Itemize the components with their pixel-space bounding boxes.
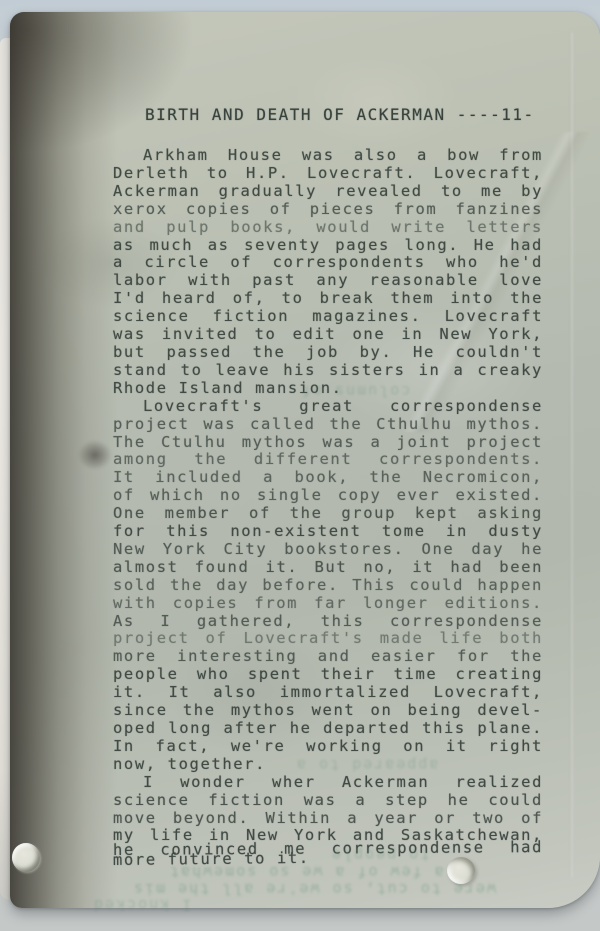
text-line: it. It also immortalized Lovecraft, — [113, 684, 543, 702]
punch-hole-right — [447, 857, 475, 884]
text-line: as much as seventy pages long. He had — [113, 237, 543, 255]
text-line: project of Lovecraft's made life both — [113, 630, 543, 648]
text-line: science fiction magazines. Lovecraft — [113, 308, 543, 326]
text-line: The Ctulhu mythos was a joint project — [113, 434, 543, 452]
text-line: and pulp books, would write letters — [113, 219, 543, 237]
text-line: stand to leave his sisters in a creaky — [113, 362, 543, 380]
text-line: more interesting and easier for the — [113, 648, 543, 666]
text-line: One member of the group kept asking — [113, 505, 543, 523]
ink-smudge-stain — [78, 440, 112, 470]
bleed-through-text: to people — [330, 846, 429, 864]
text-line: oped long after he departed this plane. — [113, 720, 543, 738]
text-line: a circle of correspondents who he'd — [113, 254, 543, 272]
text-line: almost found it. But no, it had been — [113, 559, 543, 577]
text-line: but passed the job by. He couldn't — [113, 344, 543, 362]
text-line: Lovecraft's great correspondense — [113, 398, 543, 416]
page-title: BIRTH AND DEATH OF ACKERMAN ----11- — [145, 105, 585, 124]
bleed-through-text: a few of a we so somewhat — [168, 863, 444, 881]
text-line: New York City bookstores. One day he — [113, 541, 543, 559]
bleed-through-text: columns of — [300, 382, 410, 400]
text-line: among the different correspondents. — [113, 451, 543, 469]
punch-hole-left — [12, 843, 40, 872]
text-line: Ackerman gradually revealed to me by — [113, 183, 543, 201]
bleed-through-text: appeared to a — [295, 756, 438, 774]
text-line: people who spent their time creating — [113, 666, 543, 684]
text-line: science fiction was a step he could — [113, 792, 543, 810]
text-line: for this non-existent tome in dusty — [113, 523, 543, 541]
text-line: sold the day before. This could happen — [113, 577, 543, 595]
text-line: with copies from far longer editions. — [113, 595, 543, 613]
text-line: of which no single copy ever existed. — [113, 487, 543, 505]
text-line: project was called the Cthulhu mythos. — [113, 416, 543, 434]
text-line: It included a book, the Necromicon, — [113, 469, 543, 487]
text-line: labor with past any reasonable love — [113, 272, 543, 290]
bleed-through-text: I knocked — [92, 896, 191, 914]
text-line: was invited to edit one in New York, — [113, 326, 543, 344]
text-line: As I gathered, this correspondense — [113, 613, 543, 631]
text-line: move beyond. Within a year or two of — [113, 810, 543, 828]
text-line: xerox copies of pieces from fanzines — [113, 201, 543, 219]
text-line: In fact, we're working on it right — [113, 738, 543, 756]
photographed-booklet-page: BIRTH AND DEATH OF ACKERMAN ----11- Arkh… — [0, 0, 600, 931]
text-line: I wonder wher Ackerman realized — [113, 774, 543, 792]
text-line: Derleth to H.P. Lovecraft. Lovecraft, — [113, 165, 543, 183]
text-line: I'd heard of, to break them into the — [113, 290, 543, 308]
text-line: since the mythos went on being devel- — [113, 702, 543, 720]
text-line: Arkham House was also a bow from — [113, 147, 543, 165]
